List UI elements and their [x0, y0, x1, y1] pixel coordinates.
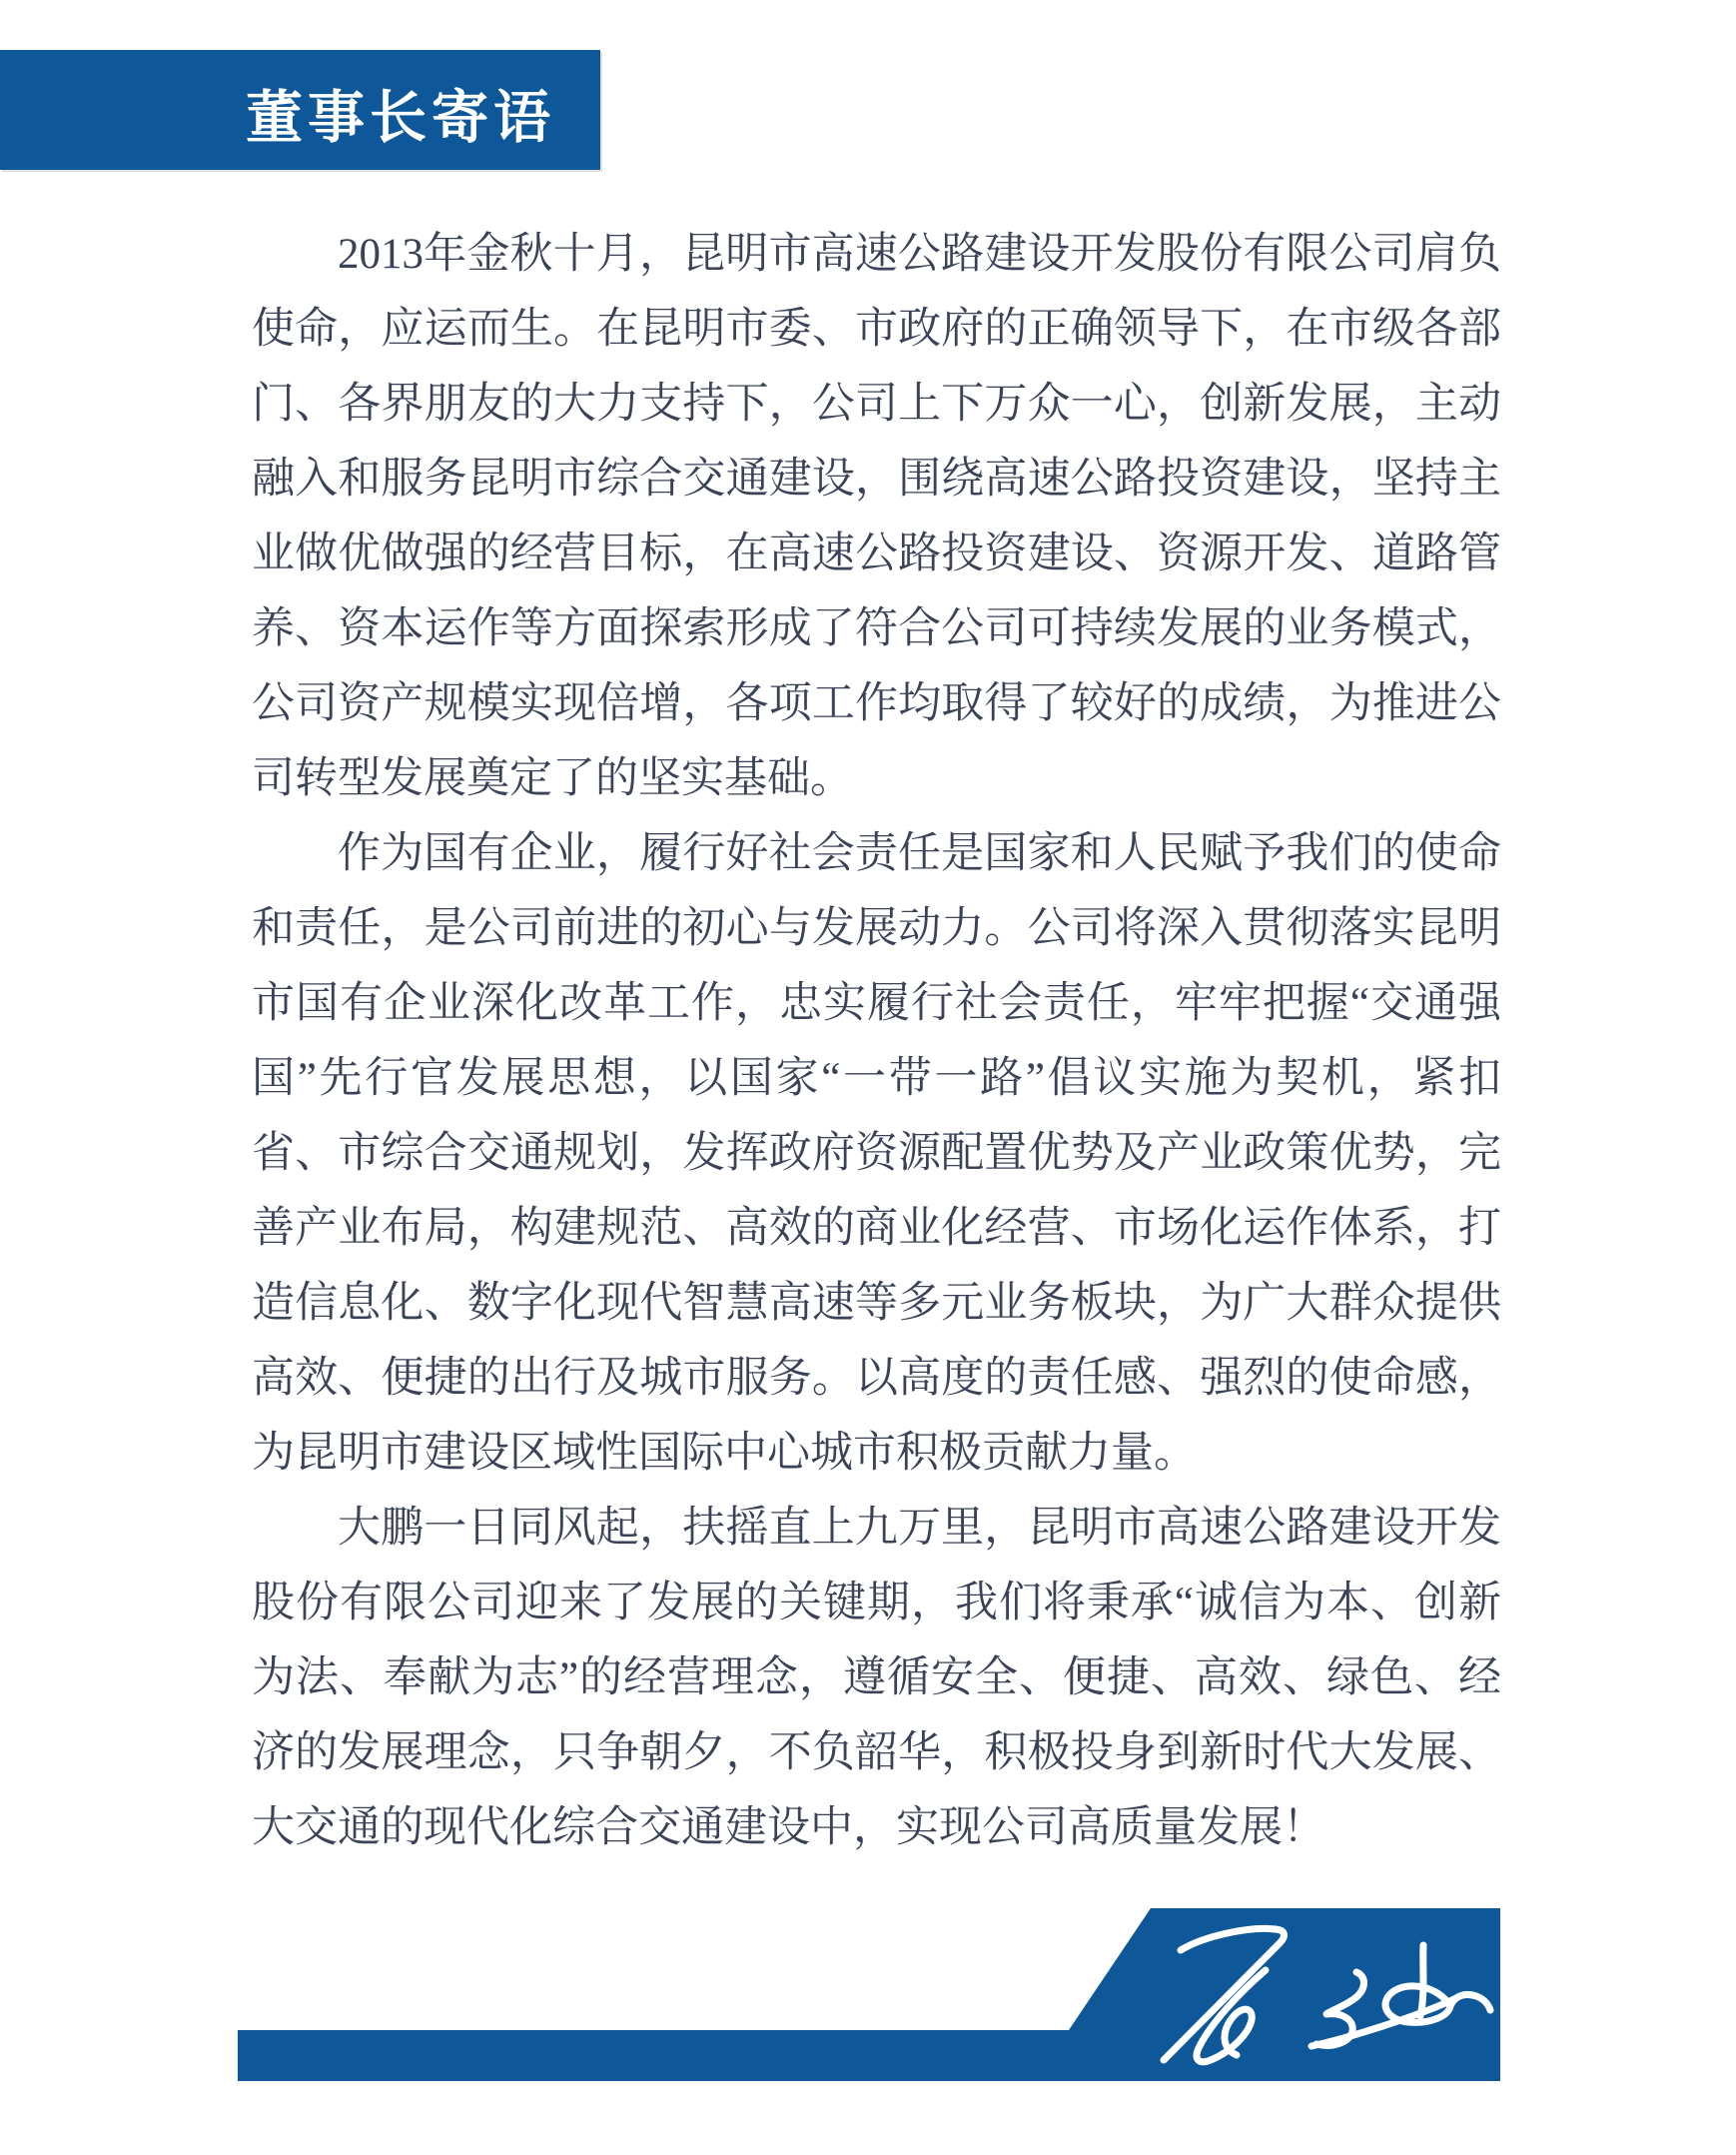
page: 董事长寄语 2013年金秋十月，昆明市高速公路建设开发股份有限公司肩负使命，应运… — [0, 0, 1736, 2155]
body-line: 市国有企业深化改革工作，忠实履行社会责任，牢牢把握“交通强 — [252, 966, 1501, 1041]
body-line: 为法、奉献为志”的经营理念，遵循安全、便捷、高效、绿色、经 — [252, 1640, 1501, 1715]
body-line: 使命，应运而生。在昆明市委、市政府的正确领导下，在市级各部 — [252, 292, 1501, 367]
paragraph-3: 大鹏一日同风起，扶摇直上九万里，昆明市高速公路建设开发股份有限公司迎来了发展的关… — [252, 1491, 1501, 1865]
body-line: 作为国有企业，履行好社会责任是国家和人民赋予我们的使命 — [252, 816, 1501, 891]
body-line: 养、资本运作等方面探索形成了符合公司可持续发展的业务模式， — [252, 591, 1501, 666]
body-line: 司转型发展奠定了的坚实基础。 — [252, 741, 1501, 816]
body-line: 大鹏一日同风起，扶摇直上九万里，昆明市高速公路建设开发 — [252, 1491, 1501, 1566]
body-line: 大交通的现代化综合交通建设中，实现公司高质量发展！ — [252, 1790, 1501, 1865]
body-line: 业做优做强的经营目标，在高速公路投资建设、资源开发、道路管 — [252, 517, 1501, 591]
paragraph-2: 作为国有企业，履行好社会责任是国家和人民赋予我们的使命和责任，是公司前进的初心与… — [252, 816, 1501, 1491]
body-line: 融入和服务昆明市综合交通建设，围绕高速公路投资建设，坚持主 — [252, 442, 1501, 517]
body-line: 高效、便捷的出行及城市服务。以高度的责任感、强烈的使命感， — [252, 1341, 1501, 1416]
signature-stroke — [1420, 1945, 1423, 2016]
body-line: 济的发展理念，只争朝夕，不负韶华，积极投身到新时代大发展、 — [252, 1715, 1501, 1790]
body-line: 公司资产规模实现倍增，各项工作均取得了较好的成绩，为推进公 — [252, 666, 1501, 741]
body-line: 股份有限公司迎来了发展的关键期，我们将秉承“诚信为本、创新 — [252, 1566, 1501, 1640]
body-line: 省、市综合交通规划，发挥政府资源配置优势及产业政策优势，完 — [252, 1116, 1501, 1191]
paragraph-1: 2013年金秋十月，昆明市高速公路建设开发股份有限公司肩负使命，应运而生。在昆明… — [252, 217, 1501, 816]
body-line: 造信息化、数字化现代智慧高速等多元业务板块，为广大群众提供 — [252, 1266, 1501, 1341]
body-line: 门、各界朋友的大力支持下，公司上下万众一心，创新发展，主动 — [252, 367, 1501, 442]
body-line: 国”先行官发展思想，以国家“一带一路”倡议实施为契机，紧扣 — [252, 1041, 1501, 1116]
body-text: 2013年金秋十月，昆明市高速公路建设开发股份有限公司肩负使命，应运而生。在昆明… — [252, 217, 1501, 1865]
bottom-blue-ribbon — [238, 1908, 1500, 2081]
section-header-bar: 董事长寄语 — [0, 50, 600, 170]
body-line: 善产业布局，构建规范、高效的商业化经营、市场化运作体系，打 — [252, 1191, 1501, 1266]
body-line: 2013年金秋十月，昆明市高速公路建设开发股份有限公司肩负 — [252, 217, 1501, 292]
body-line: 为昆明市建设区域性国际中心城市积极贡献力量。 — [252, 1416, 1501, 1491]
body-line: 和责任，是公司前进的初心与发展动力。公司将深入贯彻落实昆明 — [252, 891, 1501, 966]
page-title: 董事长寄语 — [246, 66, 555, 154]
bottom-decoration — [0, 1898, 1736, 2155]
